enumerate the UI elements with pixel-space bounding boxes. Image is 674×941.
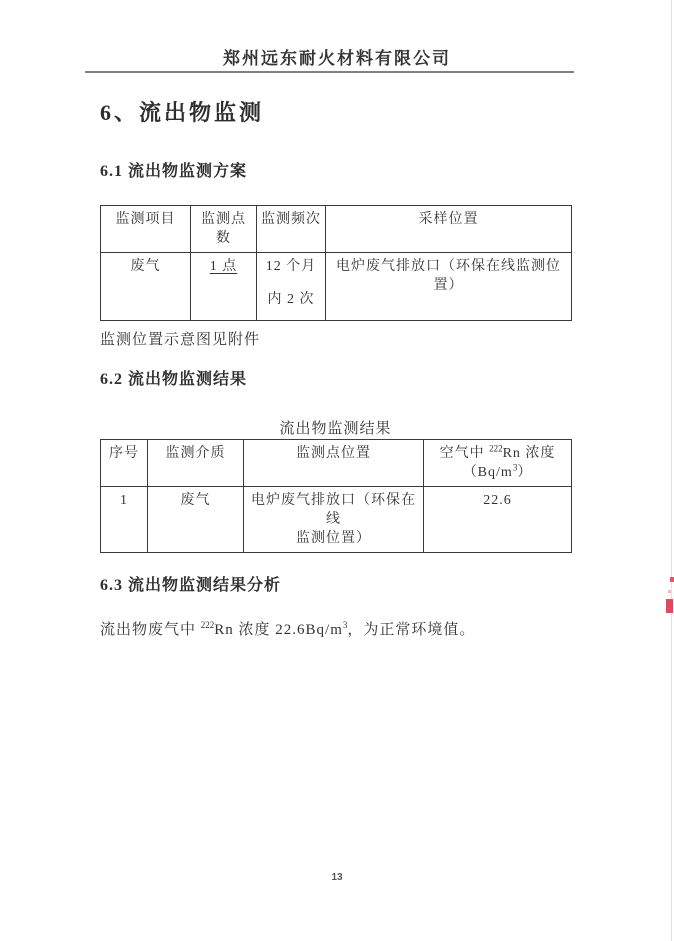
monitoring-plan-table: 监测项目 监测点数 监测频次 采样位置 废气 1 点 12 个月 内 2 次 电… bbox=[100, 205, 572, 321]
cell-frequency: 12 个月 内 2 次 bbox=[257, 253, 326, 321]
analysis-paragraph: 流出物废气中 222Rn 浓度 22.6Bq/m3，为正常环境值。 bbox=[100, 618, 475, 639]
monitoring-results-table: 序号 监测介质 监测点位置 空气中 222Rn 浓度 （Bq/m3） 1 废气 … bbox=[100, 439, 572, 553]
chapter-title: 6、流出物监测 bbox=[100, 96, 264, 127]
location-line-2: 监测位置） bbox=[248, 529, 419, 548]
header-cell-number: 序号 bbox=[101, 440, 148, 487]
table-row: 废气 1 点 12 个月 内 2 次 电炉废气排放口（环保在线监测位置） bbox=[101, 253, 572, 321]
rn-superscript: 222 bbox=[489, 443, 503, 453]
section-6-1-heading: 6.1 流出物监测方案 bbox=[100, 158, 247, 181]
rn-header-line-1: 空气中 222Rn 浓度 bbox=[428, 444, 567, 463]
header-cell-medium: 监测介质 bbox=[148, 440, 244, 487]
location-line-1: 电炉废气排放口（环保在线 bbox=[248, 491, 419, 529]
underlined-points-value: 1 点 bbox=[210, 259, 238, 274]
frequency-line-1: 12 个月 bbox=[261, 257, 321, 276]
header-cell-sampling-location: 采样位置 bbox=[326, 206, 572, 253]
header-cell-point-location: 监测点位置 bbox=[244, 440, 424, 487]
cell-points: 1 点 bbox=[191, 253, 257, 321]
cell-point-location: 电炉废气排放口（环保在线 监测位置） bbox=[244, 487, 424, 553]
cell-sampling-location: 电炉废气排放口（环保在线监测位置） bbox=[326, 253, 572, 321]
cell-medium: 废气 bbox=[148, 487, 244, 553]
company-header: 郑州远东耐火材料有限公司 bbox=[0, 44, 674, 69]
table-header-row: 监测项目 监测点数 监测频次 采样位置 bbox=[101, 206, 572, 253]
cell-rn-value: 22.6 bbox=[424, 487, 572, 553]
table-row: 1 废气 电炉废气排放口（环保在线 监测位置） 22.6 bbox=[101, 487, 572, 553]
header-divider bbox=[85, 71, 574, 73]
frequency-line-2: 内 2 次 bbox=[261, 290, 321, 309]
rn-header-line-2: （Bq/m3） bbox=[428, 463, 567, 482]
red-stamp-fragment bbox=[670, 577, 674, 582]
table-header-row: 序号 监测介质 监测点位置 空气中 222Rn 浓度 （Bq/m3） bbox=[101, 440, 572, 487]
scan-edge-line bbox=[671, 0, 672, 941]
header-cell-points: 监测点数 bbox=[191, 206, 257, 253]
header-cell-frequency: 监测频次 bbox=[257, 206, 326, 253]
results-table-title: 流出物监测结果 bbox=[100, 417, 571, 438]
red-stamp-fragment bbox=[666, 599, 673, 613]
analysis-superscript-222: 222 bbox=[201, 620, 215, 630]
header-cell-item: 监测项目 bbox=[101, 206, 191, 253]
red-stamp-fragment bbox=[668, 590, 671, 593]
attachment-note: 监测位置示意图见附件 bbox=[100, 328, 260, 349]
cell-item: 废气 bbox=[101, 253, 191, 321]
page-number: 13 bbox=[0, 872, 674, 883]
header-cell-rn-concentration: 空气中 222Rn 浓度 （Bq/m3） bbox=[424, 440, 572, 487]
section-6-3-heading: 6.3 流出物监测结果分析 bbox=[100, 572, 281, 595]
cell-number: 1 bbox=[101, 487, 148, 553]
section-6-2-heading: 6.2 流出物监测结果 bbox=[100, 366, 247, 389]
